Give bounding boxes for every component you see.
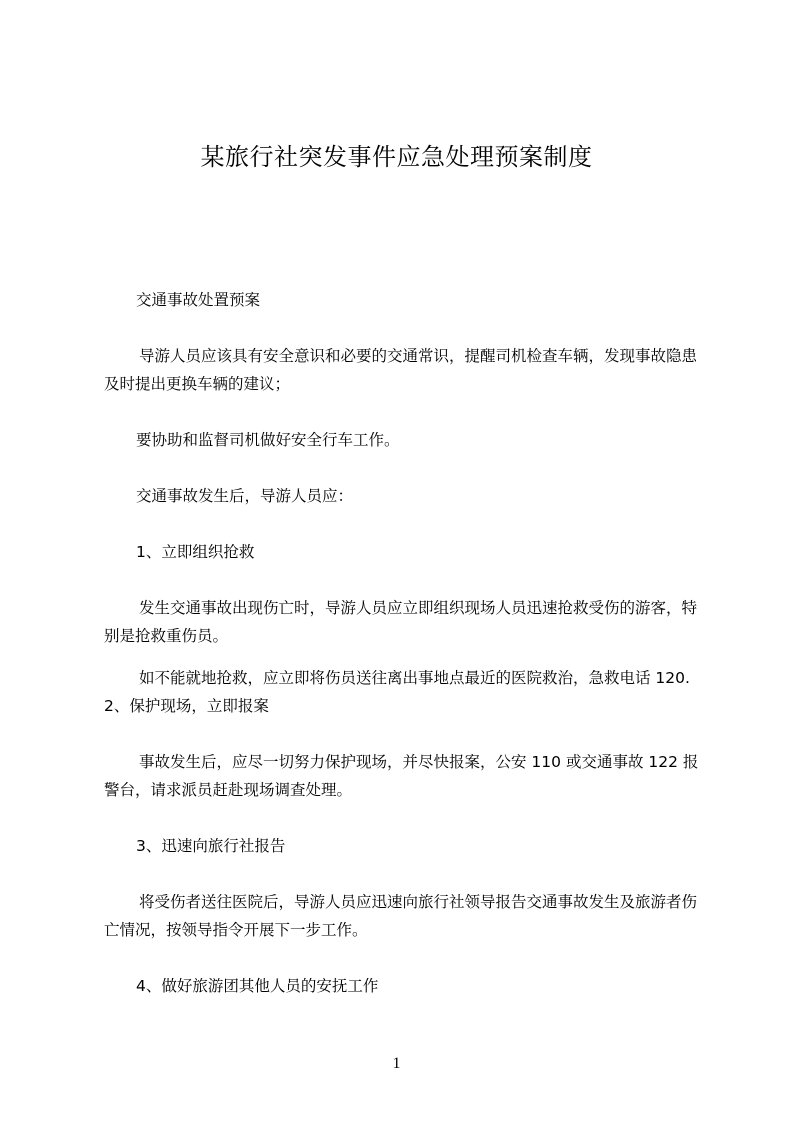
numbered-heading: 4、做好旅游团其他人员的安抚工作 [136, 972, 732, 1000]
page-number: 1 [0, 1055, 793, 1073]
paragraph: 将受伤者送往医院后，导游人员应迅速向旅行社领导报告交通事故发生及旅游者伤亡情况，… [104, 888, 700, 944]
paragraph: 如不能就地抢救，应立即将伤员送往离出事地点最近的医院救治，急救电话 120. [104, 664, 700, 692]
paragraph: 发生交通事故出现伤亡时，导游人员应立即组织现场人员迅速抢救受伤的游客，特别是抢救… [104, 594, 700, 650]
section-heading: 交通事故处置预案 [136, 286, 696, 314]
paragraph: 导游人员应该具有安全意识和必要的交通常识，提醒司机检查车辆，发现事故隐患及时提出… [104, 342, 700, 398]
document-title: 某旅行社突发事件应急处理预案制度 [0, 140, 793, 174]
numbered-heading: 2、保护现场，立即报案 [104, 692, 700, 720]
numbered-heading: 3、迅速向旅行社报告 [136, 832, 732, 860]
paragraph: 事故发生后，应尽一切努力保护现场，并尽快报案，公安 110 或交通事故 122 … [104, 748, 700, 804]
numbered-heading: 1、立即组织抢救 [136, 538, 732, 566]
paragraph: 交通事故发生后，导游人员应： [136, 482, 696, 510]
paragraph: 要协助和监督司机做好安全行车工作。 [136, 426, 696, 454]
